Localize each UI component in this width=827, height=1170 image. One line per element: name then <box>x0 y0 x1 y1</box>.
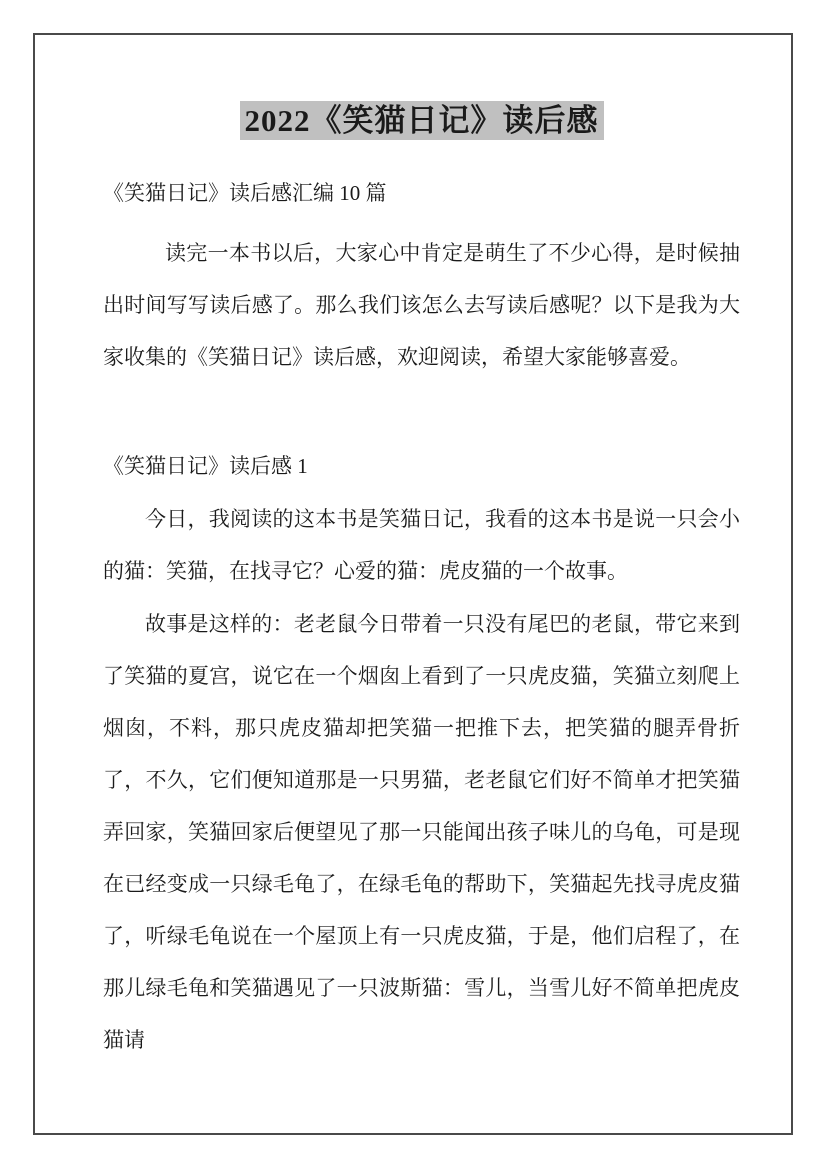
document-subtitle: 《笑猫日记》读后感汇编 10 篇 <box>103 167 740 219</box>
page-title: 2022《笑猫日记》读后感 <box>103 99 740 143</box>
document-page: 2022《笑猫日记》读后感 《笑猫日记》读后感汇编 10 篇 读完一本书以后，大… <box>33 33 793 1135</box>
body-paragraph: 故事是这样的：老老鼠今日带着一只没有尾巴的老鼠，带它来到了笑猫的夏宫，说它在一个… <box>103 598 740 1066</box>
page-footer: 第1页共18页 <box>103 1134 740 1135</box>
intro-paragraph: 读完一本书以后，大家心中肯定是萌生了不少心得，是时候抽出时间写写读后感了。那么我… <box>103 227 740 383</box>
title-highlighted-text: 2022《笑猫日记》读后感 <box>240 101 604 140</box>
body-paragraph: 今日，我阅读的这本书是笑猫日记，我看的这本书是说一只会小的猫：笑猫，在找寻它？心… <box>103 493 740 597</box>
section-heading: 《笑猫日记》读后感 1 <box>103 440 740 492</box>
document-content: 2022《笑猫日记》读后感 《笑猫日记》读后感汇编 10 篇 读完一本书以后，大… <box>35 99 791 1135</box>
